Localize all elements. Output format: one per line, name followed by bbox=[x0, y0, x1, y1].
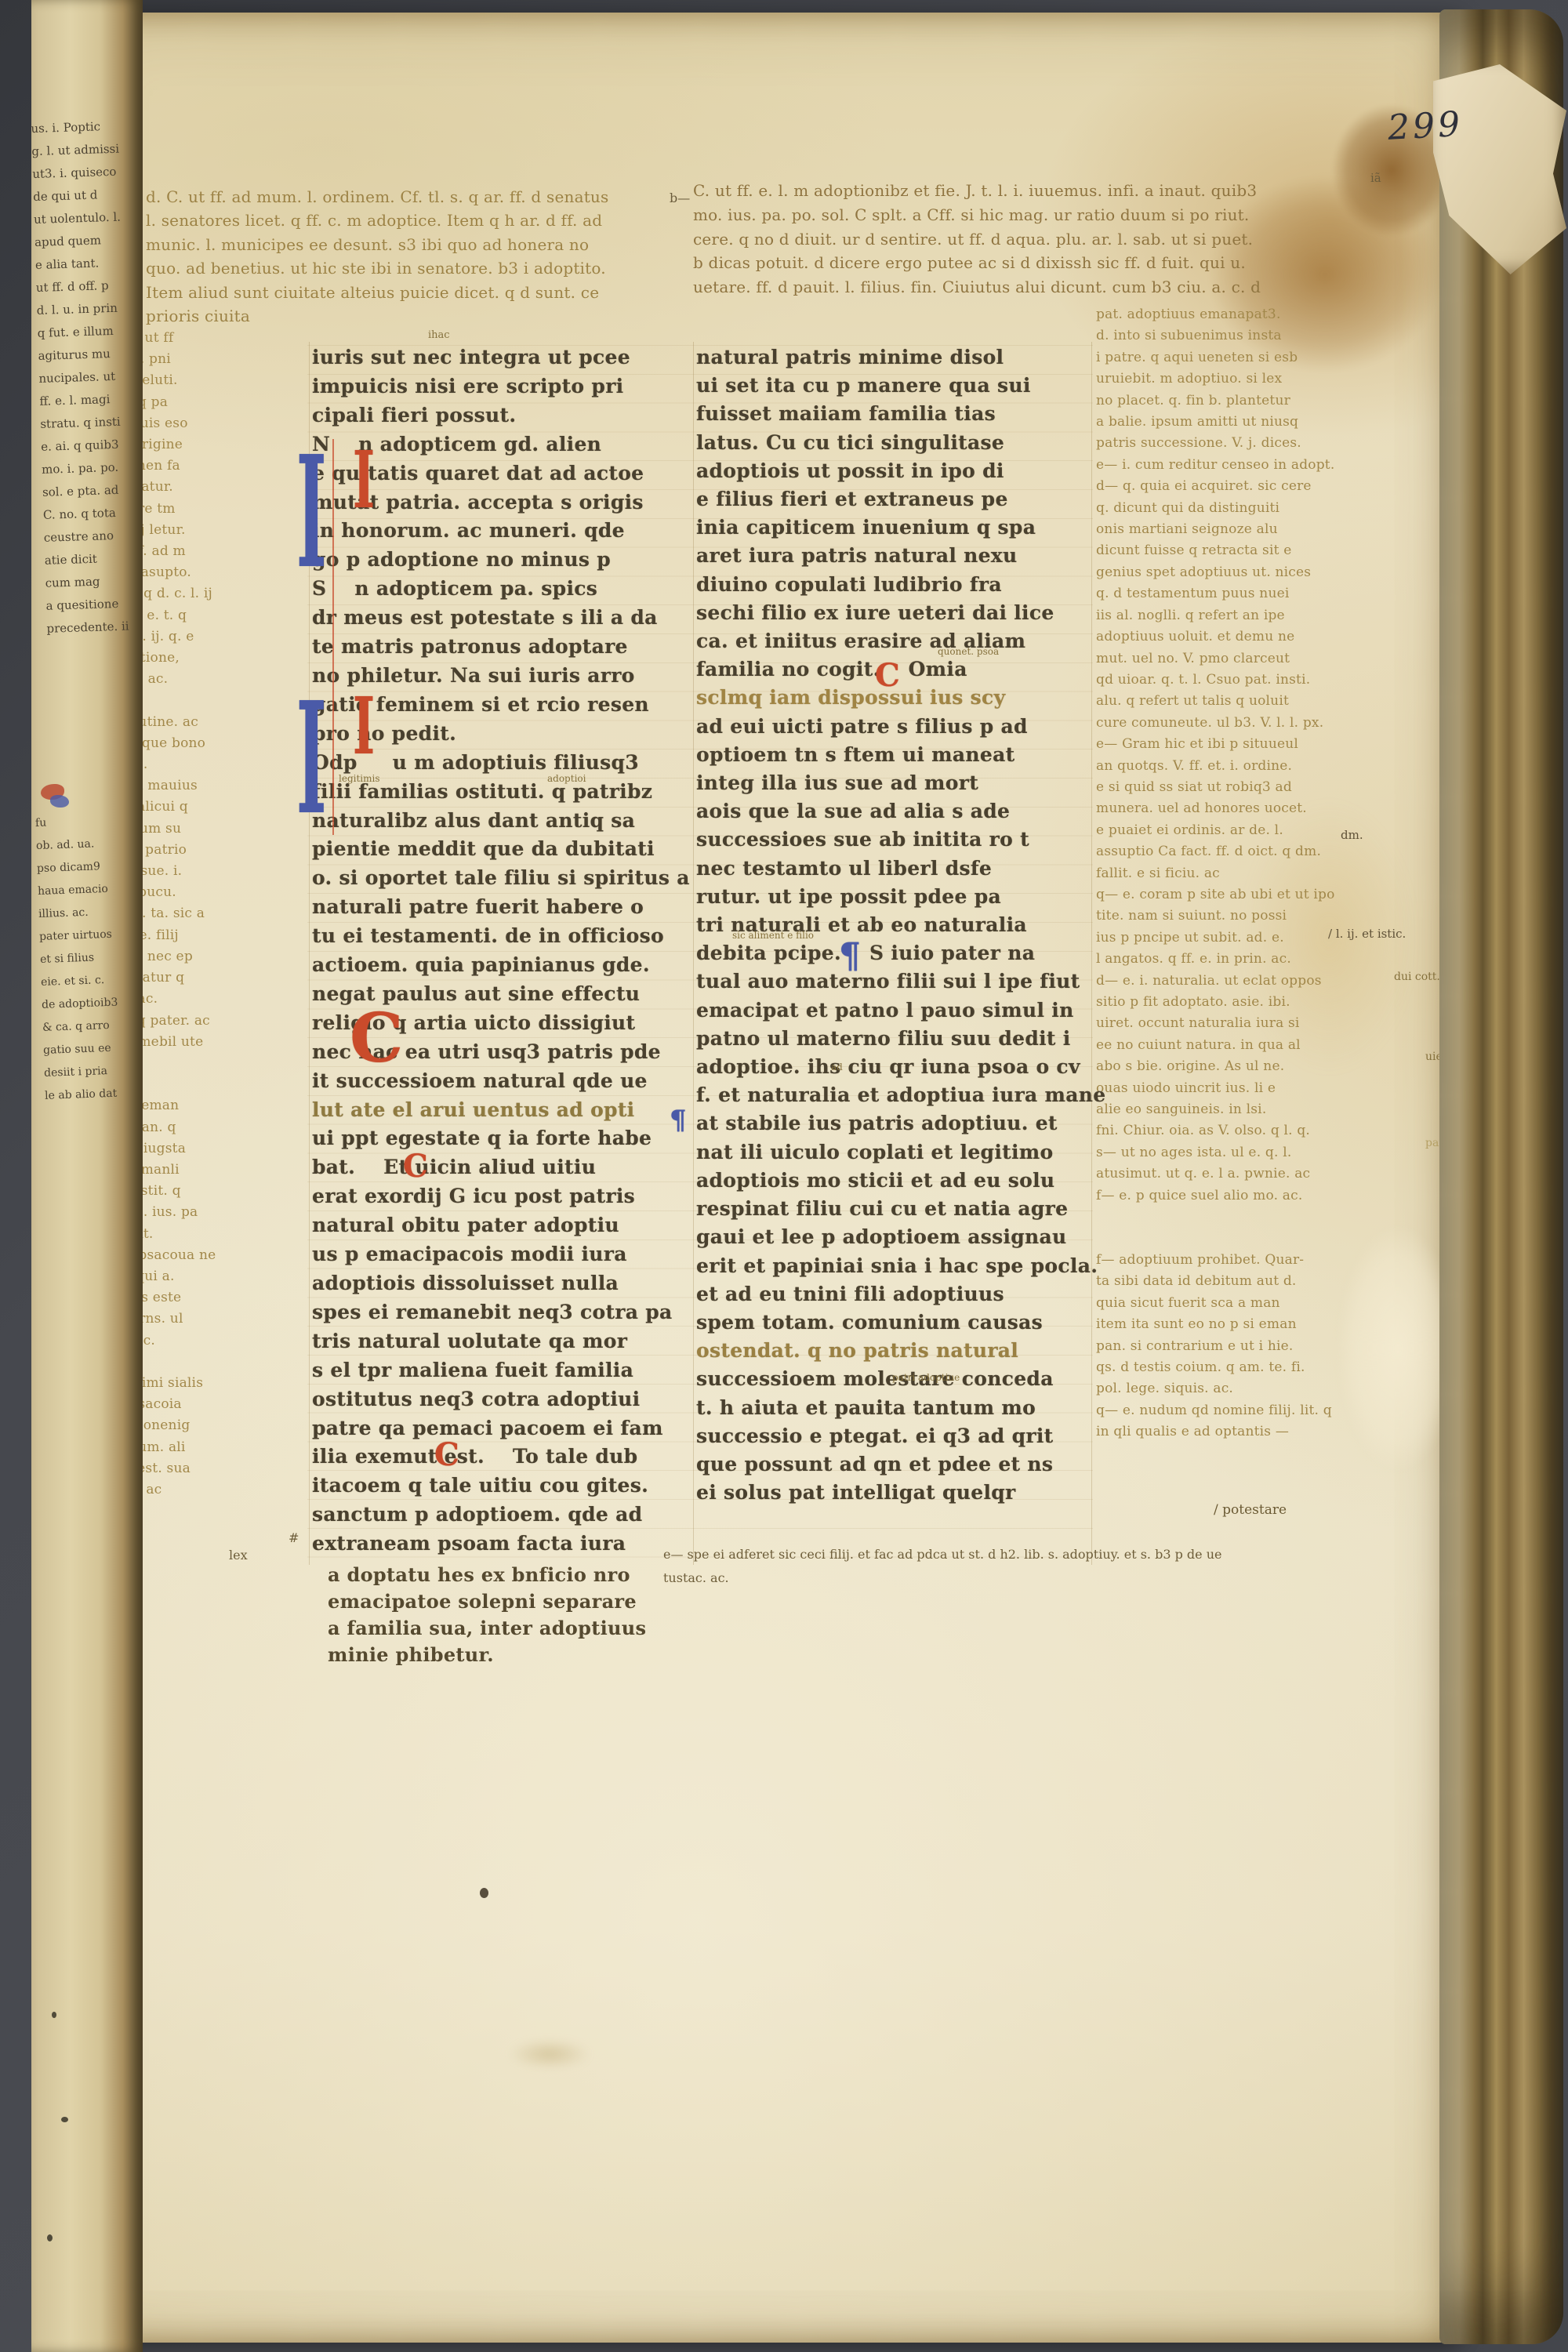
gloss-line: a quesitione bbox=[45, 592, 142, 618]
gloss-line: onis martiani seignoze alu bbox=[1096, 519, 1471, 540]
pen-flourish bbox=[332, 439, 334, 835]
gloss-line: e puaiet ei ordinis. ar de. l. bbox=[1096, 820, 1471, 841]
note-line: a familia sua, inter adoptiuus bbox=[328, 1615, 696, 1642]
gloss-line: et si filius bbox=[40, 946, 129, 971]
gloss-line: le ab alio dat bbox=[45, 1082, 133, 1108]
gloss-line: cere. q no d diuit. ur d sentire. ut ff.… bbox=[693, 227, 1328, 252]
paraph-mark-blue: ¶ bbox=[670, 1107, 687, 1134]
gloss-line: l. senatores licet. q ff. c. m adoptice.… bbox=[146, 209, 704, 232]
marginal-note: lex bbox=[229, 1548, 248, 1563]
text-line: natural patris minime disol bbox=[696, 343, 1094, 372]
gloss-line: qd uioar. q. t. l. Csuo pat. insti. bbox=[1096, 670, 1471, 691]
decorated-initial-red: C bbox=[350, 1005, 403, 1073]
corner-note: iã bbox=[1370, 171, 1381, 185]
text-line: t. h aiuta et pauita tantum mo bbox=[696, 1394, 1094, 1422]
decorated-initial-red: I bbox=[353, 687, 375, 765]
gloss-line: ut uolentulo. l. bbox=[34, 205, 130, 231]
text-line: patno ul materno filiu suu dedit i bbox=[696, 1025, 1094, 1053]
text-line: itacoem q tale uitiu cou gites. bbox=[312, 1472, 691, 1501]
interlinear-note: ad bbox=[831, 1062, 843, 1073]
text-line: S n adopticem pa. spics bbox=[312, 575, 691, 604]
text-line: erat exordij G icu post patris bbox=[312, 1182, 691, 1211]
gloss-line: iis al. noglli. q refert an ipe bbox=[1096, 605, 1471, 626]
gloss-line: i patre. q aqui ueneten si esb bbox=[1096, 347, 1471, 368]
gloss-line: ta sibi data id debitum aut d. bbox=[1096, 1271, 1471, 1292]
text-line: go p adoptione no minus p bbox=[312, 546, 691, 575]
gloss-line bbox=[1096, 1207, 1471, 1228]
gloss-line: C. ut ff. e. l. m adoptionibz et fie. J.… bbox=[693, 179, 1328, 203]
text-line: us p emacipacois modii iura bbox=[312, 1240, 691, 1269]
text-line: actioem. quia papinianus gde. bbox=[312, 951, 691, 980]
text-line: f. et naturalia et adoptiua iura mane bbox=[696, 1081, 1094, 1109]
text-line: adoptiois mo sticii et ad eu solu bbox=[696, 1167, 1094, 1195]
gloss-line: e si quid ss siat ut robiq3 ad bbox=[1096, 777, 1471, 798]
text-line: naturalibz alus dant antiq sa bbox=[312, 807, 691, 836]
text-line: successio e ptegat. ei q3 ad qrit bbox=[696, 1422, 1094, 1450]
gloss-line: s— ut no ages ista. ul e. q. l. bbox=[1096, 1142, 1471, 1163]
text-line: fuisset maiiam familia tias bbox=[696, 400, 1094, 428]
gloss-line: pol. lege. siquis. ac. bbox=[1096, 1378, 1471, 1399]
gloss-line: mo. i. pa. po. bbox=[42, 456, 138, 481]
text-line: ostendat. q no patris natural bbox=[696, 1337, 1094, 1365]
catchword: / potestare bbox=[1214, 1502, 1287, 1518]
page-edge-stack bbox=[1439, 9, 1563, 2344]
text-line: pientie meddit que da dubitati bbox=[312, 835, 691, 864]
gloss-line: agiturus mu bbox=[38, 342, 134, 368]
gloss-line: item ita sunt eo no p si eman bbox=[1096, 1314, 1471, 1335]
text-line: tris natural uolutate qa mor bbox=[312, 1327, 691, 1356]
interlinear-note: sic aliment e filio bbox=[732, 930, 814, 941]
gloss-line: cure comuneute. ul b3. V. l. l. px. bbox=[1096, 713, 1471, 734]
paraph-mark-blue: ¶ bbox=[839, 939, 861, 974]
gloss-line: f— adoptiuum prohibet. Quar- bbox=[1096, 1250, 1471, 1271]
gloss-line: uruiebit. m adoptiuo. si lex bbox=[1096, 368, 1471, 390]
text-line: rutur. ut ipe possit pdee pa bbox=[696, 883, 1094, 911]
decorated-initial-red: I bbox=[353, 441, 375, 519]
text-line: nec testamto ul liberl dsfe bbox=[696, 855, 1094, 883]
text-line: o. si oportet tale filiu si spiritus a bbox=[312, 864, 691, 893]
gloss-line: apud quem bbox=[34, 228, 131, 254]
marginal-note: dm. bbox=[1341, 828, 1363, 842]
text-line: gaui et lee p adoptioem assignau bbox=[696, 1223, 1094, 1251]
text-line: tu ei testamenti. de in officioso bbox=[312, 922, 691, 951]
gloss-line: Item aliud sunt ciuitate alteius puicie … bbox=[146, 281, 704, 304]
text-line: nat ili uiculo coplati et legitimo bbox=[696, 1138, 1094, 1167]
gloss-line: assuptio Ca fact. ff. d oict. q dm. bbox=[1096, 841, 1471, 862]
ink-speck bbox=[61, 2117, 68, 2122]
gloss-line: pan. si contrarium e ut i hie. bbox=[1096, 1336, 1471, 1357]
gloss-line: atie dicit bbox=[44, 546, 140, 572]
gloss-line: ceustre ano bbox=[43, 524, 140, 550]
gloss-line: alu. q refert ut talis q uoluit bbox=[1096, 691, 1471, 712]
gloss-line: ee no cuiunt natura. in qua al bbox=[1096, 1035, 1471, 1056]
gloss-line: haua emacio bbox=[38, 877, 126, 903]
gloss-line: q— e. coram p site ab ubi et ut ipo bbox=[1096, 884, 1471, 906]
gloss-line: ut3. i. quiseco bbox=[32, 160, 129, 186]
gloss-line: patris successione. V. j. dices. bbox=[1096, 433, 1471, 454]
paraph-mark-red: C bbox=[403, 1151, 428, 1182]
text-line: diuino copulati ludibrio fra bbox=[696, 571, 1094, 599]
gloss-line: b dicas potuit. d dicere ergo putee ac s… bbox=[693, 251, 1328, 275]
text-line: optioem tn s ftem ui maneat bbox=[696, 741, 1094, 769]
gloss-line: e alia tant. bbox=[35, 251, 132, 277]
gloss-line: nucipales. ut bbox=[38, 365, 135, 390]
gloss-line: illius. ac. bbox=[38, 900, 127, 926]
bottom-added-note: a doptatu hes ex bnficio nroemacipatoe s… bbox=[328, 1562, 696, 1668]
note-line: emacipatoe solepni separare bbox=[328, 1588, 696, 1615]
gloss-line: stratu. q insti bbox=[40, 410, 136, 436]
text-line: naturali patre fuerit habere o bbox=[312, 893, 691, 922]
siglum: b— bbox=[670, 191, 690, 205]
text-line: ad eui uicti patre s filius p ad bbox=[696, 713, 1094, 741]
text-line: sechi filio ex iure ueteri dai lice bbox=[696, 599, 1094, 627]
paraph-mark-red: C bbox=[875, 660, 900, 691]
gloss-line: eie. et si. c. bbox=[41, 968, 129, 994]
gloss-line: ob. ad. ua. bbox=[36, 832, 125, 858]
decorated-initial-blue: I bbox=[296, 436, 327, 590]
gloss-line: d— q. quia ei acquiret. sic cere bbox=[1096, 476, 1471, 497]
gloss-line: fallit. e si ficiu. ac bbox=[1096, 863, 1471, 884]
gloss-line: g. l. ut admissi bbox=[31, 137, 128, 163]
marginal-note: / l. ij. et istic. bbox=[1328, 927, 1406, 941]
interlinear-note: legitimis bbox=[339, 773, 380, 784]
gloss-line: fni. Chiur. oia. as V. olso. q l. q. bbox=[1096, 1120, 1471, 1142]
text-line: patre qa pemaci pacoem ei fam bbox=[312, 1414, 691, 1443]
text-line: integ illa ius sue ad mort bbox=[696, 769, 1094, 797]
text-line: dr meus est potestate s ili a da bbox=[312, 604, 691, 633]
column-rule bbox=[693, 342, 694, 1565]
text-line: e filius fieri et extraneus pe bbox=[696, 485, 1094, 514]
text-line: extraneam psoam facta iura bbox=[312, 1530, 691, 1559]
text-line: bat. Et uicin aliud uitiu bbox=[312, 1153, 691, 1182]
header-gloss-left: d. C. ut ff. ad mum. l. ordinem. Cf. tl.… bbox=[146, 185, 704, 328]
gloss-line: d. into si subuenimus insta bbox=[1096, 325, 1471, 347]
gloss-line: d. l. u. in prin bbox=[36, 296, 132, 322]
text-line: inia capiticem inuenium q spa bbox=[696, 514, 1094, 542]
text-line: spes ei remanebit neq3 cotra pa bbox=[312, 1298, 691, 1327]
gloss-line: an quotqs. V. ff. et. i. ordine. bbox=[1096, 756, 1471, 777]
gloss-line: de qui ut d bbox=[33, 183, 129, 209]
text-line: latus. Cu cu tici singulitase bbox=[696, 429, 1094, 457]
gloss-line: qs. d testis coium. q am. te. fi. bbox=[1096, 1357, 1471, 1378]
gloss-line: dicunt fuisse q retracta sit e bbox=[1096, 540, 1471, 561]
gloss-line bbox=[1096, 1228, 1471, 1249]
text-line: adoptiois ut possit in ipo di bbox=[696, 457, 1094, 485]
gloss-line: l angatos. q ff. e. in prin. ac. bbox=[1096, 949, 1471, 970]
text-line: debita pcipe. S iuio pater na bbox=[696, 939, 1094, 967]
gloss-line: prioris ciuita bbox=[146, 304, 704, 328]
gloss-line: uiret. occunt naturalia iura si bbox=[1096, 1013, 1471, 1034]
marginal-flourish bbox=[50, 795, 69, 808]
gloss-line: d. C. ut ff. ad mum. l. ordinem. Cf. tl.… bbox=[146, 185, 704, 209]
bottom-center-gloss: e— spe ei adferet sic ceci filij. et fac… bbox=[663, 1543, 1283, 1590]
text-line: que possunt ad qn et pdee et ns bbox=[696, 1450, 1094, 1479]
interlinear-note: ihac bbox=[428, 329, 450, 341]
text-line: te matris patronus adoptare bbox=[312, 633, 691, 662]
gloss-line: e— Gram hic et ibi p situueul bbox=[1096, 734, 1471, 755]
gloss-line: q— e. nudum qd nomine filij. lit. q bbox=[1096, 1400, 1471, 1421]
text-line: ostitutus neq3 cotra adoptiui bbox=[312, 1385, 691, 1414]
text-line: adoptioe. ihs ciu qr iuna psoa o cv bbox=[696, 1053, 1094, 1081]
gloss-line: fu bbox=[35, 809, 124, 835]
gloss-line: uetare. ff. d pauit. l. filius. fin. Ciu… bbox=[693, 275, 1328, 299]
text-line: lut ate el arui uentus ad opti bbox=[312, 1096, 691, 1125]
interlinear-note: adoptioi bbox=[547, 773, 586, 784]
text-line: ui set ita cu p manere qua sui bbox=[696, 372, 1094, 400]
note-line: minie phibetur. bbox=[328, 1642, 696, 1668]
ink-speck bbox=[47, 2234, 53, 2241]
text-line: spem totam. comunium causas bbox=[696, 1308, 1094, 1337]
gloss-line: ouas uiodo uincrit ius. li e bbox=[1096, 1078, 1471, 1099]
gloss-line: C. no. q tota bbox=[43, 501, 140, 527]
text-line: s el tpr maliena fueit familia bbox=[312, 1356, 691, 1385]
text-line: ca. et iniitus erasire ad aliam bbox=[696, 627, 1094, 655]
text-line: ilia exemut est. To tale dub bbox=[312, 1443, 691, 1472]
gloss-line: pat. adoptiuus emanapat3. bbox=[1096, 304, 1471, 325]
note-line: a doptatu hes ex bnficio nro bbox=[328, 1562, 696, 1588]
gloss-line: munic. l. municipes ee desunt. s3 ibi qu… bbox=[146, 233, 704, 256]
gloss-line: quo. ad benetius. ut hic ste ibi in sena… bbox=[146, 256, 704, 280]
text-line: sanctum p adoptioem. qde ad bbox=[312, 1501, 691, 1530]
gloss-line: q. dicunt qui da distinguiti bbox=[1096, 498, 1471, 519]
gloss-line: sol. e pta. ad bbox=[42, 478, 139, 504]
gloss-line: munera. uel ad honores uocet. bbox=[1096, 798, 1471, 819]
header-gloss-right: C. ut ff. e. l. m adoptionibz et fie. J.… bbox=[693, 179, 1328, 299]
gloss-line: sitio p fit adoptato. asie. ibi. bbox=[1096, 992, 1471, 1013]
text-line: ei solus pat intelligat quelqr bbox=[696, 1479, 1094, 1507]
text-line: emacipat et patno l pauo simul in bbox=[696, 996, 1094, 1025]
gloss-line: q fut. e illum bbox=[37, 319, 133, 345]
gloss-line: ius p pncipe ut subit. ad. e. bbox=[1096, 927, 1471, 949]
gloss-line: genius spet adoptiuus ut. nices bbox=[1096, 562, 1471, 583]
facing-page-fragment-lower: fuob. ad. ua.pso dicam9haua emacioillius… bbox=[35, 809, 135, 1149]
gloss-line: ff. e. l. magi bbox=[39, 387, 136, 413]
folio-number: 299 bbox=[1387, 102, 1506, 148]
gloss-line: a balie. ipsum amitti ut niusq bbox=[1096, 412, 1471, 433]
text-line: adoptiois dissoluisset nulla bbox=[312, 1269, 691, 1298]
manuscript-photo: d. C. ut ff. ad mum. l. ordinem. Cf. tl.… bbox=[0, 0, 1568, 2352]
text-line: erit et papiniai snia i hac spe pocla. bbox=[696, 1252, 1094, 1280]
gloss-line: precedente. ii bbox=[46, 615, 143, 641]
text-line: iuris sut nec integra ut pcee bbox=[312, 343, 691, 372]
decorated-initial-blue: I bbox=[296, 682, 327, 836]
gloss-line: tite. nam si suiunt. no possi bbox=[1096, 906, 1471, 927]
text-line: respinat filiu cui cu et natia agre bbox=[696, 1195, 1094, 1223]
marginal-note: dui cott. bbox=[1394, 971, 1440, 983]
text-line: aois que la sue ad alia s ade bbox=[696, 797, 1094, 826]
gloss-line: cum mag bbox=[45, 569, 141, 595]
gloss-line: alie eo sanguineis. in lsi. bbox=[1096, 1099, 1471, 1120]
text-line: cipali fieri possut. bbox=[312, 401, 691, 430]
gloss-line: in qli qualis e ad optantis — bbox=[1096, 1421, 1471, 1443]
text-line: natural obitu pater adoptiu bbox=[312, 1211, 691, 1240]
note-line: e— spe ei adferet sic ceci filij. et fac… bbox=[663, 1543, 1283, 1566]
text-line: impuicis nisi ere scripto pri bbox=[312, 372, 691, 401]
gloss-line: abo s bie. origine. As ul ne. bbox=[1096, 1056, 1471, 1077]
text-line: successioes sue ab initita ro t bbox=[696, 826, 1094, 854]
paraph-mark-red: C bbox=[434, 1439, 459, 1471]
text-line: ui ppt egestate q ia forte habe bbox=[312, 1124, 691, 1153]
gloss-line: adoptiuus uoluit. et demu ne bbox=[1096, 626, 1471, 648]
gloss-line: e. ai. q quib3 bbox=[41, 433, 137, 459]
text-line: et ad eu tnini fili adoptiuus bbox=[696, 1280, 1094, 1308]
note-line: tustac. ac. bbox=[663, 1566, 1283, 1590]
interlinear-note: quonet. psoa bbox=[938, 646, 999, 657]
text-line: aret iura patris natural nexu bbox=[696, 542, 1094, 570]
facing-page-fragment: us. i. Popticg. l. ut admissiut3. i. qui… bbox=[31, 114, 143, 666]
gloss-line: de adoptioib3 bbox=[42, 991, 130, 1017]
text-line: tual auo materno filii sui l ipe fiut bbox=[696, 967, 1094, 996]
gloss-line: mo. ius. pa. po. sol. C splt. a Cff. si … bbox=[693, 203, 1328, 227]
gloss-line: no placet. q. fin b. plantetur bbox=[1096, 390, 1471, 412]
gloss-line: desiit i pria bbox=[44, 1059, 132, 1085]
gloss-line: atusimut. ut q. e. l a. pwnie. ac bbox=[1096, 1163, 1471, 1185]
gloss-line: e— i. cum reditur censeo in adopt. bbox=[1096, 455, 1471, 476]
gloss-line: gatio suu ee bbox=[43, 1036, 132, 1062]
gloss-line: f— e. p quice suel alio mo. ac. bbox=[1096, 1185, 1471, 1207]
gloss-line: q. d testamentum puus nuei bbox=[1096, 583, 1471, 604]
gloss-line: ut ff. d off. p bbox=[35, 274, 132, 299]
ink-speck bbox=[52, 2012, 56, 2018]
interlinear-note: patri adoptiue bbox=[892, 1372, 960, 1383]
gloss-line: & ca. q arro bbox=[42, 1014, 131, 1040]
marginal-mark: # bbox=[289, 1530, 299, 1545]
gloss-line: mut. uel no. V. pmo clarceut bbox=[1096, 648, 1471, 670]
gloss-line: us. i. Poptic bbox=[31, 114, 127, 140]
gloss-line: quia sicut fuerit sca a man bbox=[1096, 1293, 1471, 1314]
text-line: at stabile ius patris adoptiuu. et bbox=[696, 1109, 1094, 1138]
right-margin-gloss: pat. adoptiuus emanapat3.d. into si subu… bbox=[1096, 304, 1471, 1443]
gloss-line: pso dicam9 bbox=[37, 855, 125, 880]
main-text-column-right: natural patris minime disolui set ita cu… bbox=[696, 343, 1094, 1507]
gloss-line: pater uirtuos bbox=[39, 923, 128, 949]
